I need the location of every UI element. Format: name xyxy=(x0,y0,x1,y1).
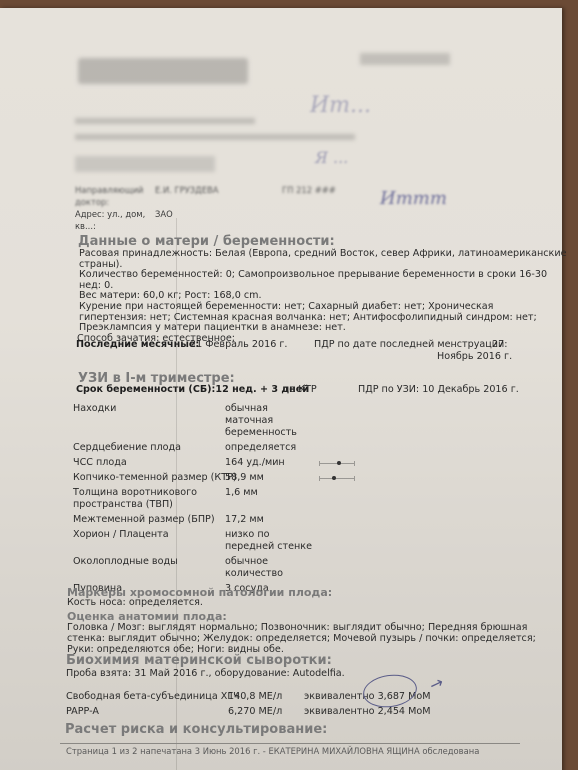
risk-section-title: Расчет риска и консультирование: xyxy=(65,722,327,737)
address-value: ЗАО xyxy=(155,208,173,220)
edd-lmp-label: ПДР по дате последней менструации: xyxy=(314,339,508,351)
findings-value: 58,9 мм xyxy=(225,472,264,484)
lmp-label: Последние месячные: xyxy=(76,339,199,351)
blurred-clinic-info xyxy=(75,118,255,124)
findings-value: низко по xyxy=(225,529,269,541)
findings-label: пространства (ТВП) xyxy=(73,499,173,511)
lmp-value: 21 Февраль 2016 г. xyxy=(190,339,287,351)
handwritten-arrow-icon: ↗ xyxy=(427,672,446,694)
blurred-header-right xyxy=(360,53,450,65)
mother-line: Количество беременностей: 0; Самопроизво… xyxy=(79,269,547,281)
findings-label: Околоплодные воды xyxy=(73,556,178,568)
sample-info: Проба взята: 31 Май 2016 г., оборудовани… xyxy=(66,668,345,680)
handwriting-2: Я ... xyxy=(315,148,348,167)
findings-value: маточная xyxy=(225,415,273,427)
edd-lmp-value-month: Ноябрь 2016 г. xyxy=(437,351,512,363)
gestational-age-method: по КТР xyxy=(283,384,317,396)
hcg-value: 140,8 МЕ/л xyxy=(228,691,282,703)
findings-value: обычное xyxy=(225,556,268,568)
page-footer: Страница 1 из 2 напечатана 3 Июнь 2016 г… xyxy=(66,745,479,757)
findings-value: обычная xyxy=(225,403,268,415)
biochem-section-title: Биохимия материнской сыворотки: xyxy=(66,653,332,668)
edd-lmp-value-day: 27 xyxy=(492,339,504,351)
blurred-clinic-logo xyxy=(78,58,248,84)
findings-label: Копчико-теменной размер (КТР) xyxy=(73,472,237,484)
document-page: Иm... Я ... Иmmm Направляющий доктор: Е.… xyxy=(0,8,562,770)
findings-value: определяется xyxy=(225,442,296,454)
findings-value: беременность xyxy=(225,427,297,439)
blurred-clinic-info-2 xyxy=(75,134,355,140)
referring-doctor-value: Е.И. ГРУЗДЕВА xyxy=(155,184,218,196)
footer-divider xyxy=(60,743,520,744)
findings-label: Хорион / Плацента xyxy=(73,529,169,541)
findings-label: ЧСС плода xyxy=(73,457,127,469)
handwritten-circle xyxy=(361,671,419,710)
edd-ultrasound: ПДР по УЗИ: 10 Декабрь 2016 г. xyxy=(358,384,519,396)
hcg-label: Свободная бета-субъединица ХГЧ xyxy=(66,691,240,703)
findings-value: 17,2 мм xyxy=(225,514,264,526)
pappa-value: 6,270 МЕ/л xyxy=(228,706,282,718)
findings-label: Находки xyxy=(73,403,116,415)
reference-range-indicator xyxy=(319,478,355,479)
mother-line: Расовая принадлежность: Белая (Европа, с… xyxy=(79,248,566,260)
blurred-address xyxy=(75,156,215,172)
nasal-bone: Кость носа: определяется. xyxy=(67,597,203,609)
measurement-dot xyxy=(337,461,341,465)
handwriting-1: Иm... xyxy=(310,93,371,118)
mother-section-title: Данные о матери / беременности: xyxy=(78,234,335,249)
findings-label: Толщина воротникового xyxy=(73,487,197,499)
findings-value: 164 уд./мин xyxy=(225,457,285,469)
address-label: Адрес: ул., дом, кв...: xyxy=(75,208,147,232)
referring-doctor-code: ГП 212 ### xyxy=(282,184,336,196)
reference-range-indicator xyxy=(319,463,355,464)
findings-label: Межтеменной размер (БПР) xyxy=(73,514,215,526)
findings-value: 1,6 мм xyxy=(225,487,258,499)
findings-value: передней стенке xyxy=(225,541,312,553)
findings-value: количество xyxy=(225,568,283,580)
referring-doctor-label: Направляющий доктор: xyxy=(75,184,145,208)
measurement-dot xyxy=(332,476,336,480)
findings-label: Сердцебиение плода xyxy=(73,442,181,454)
gestational-age: Срок беременности (СБ):12 нед. + 3 дней xyxy=(76,384,309,396)
pappa-mom: эквивалентно 2,454 MoM xyxy=(304,706,431,718)
handwriting-3: Иmmm xyxy=(380,188,447,209)
pappa-label: PAPP-A xyxy=(66,706,99,718)
